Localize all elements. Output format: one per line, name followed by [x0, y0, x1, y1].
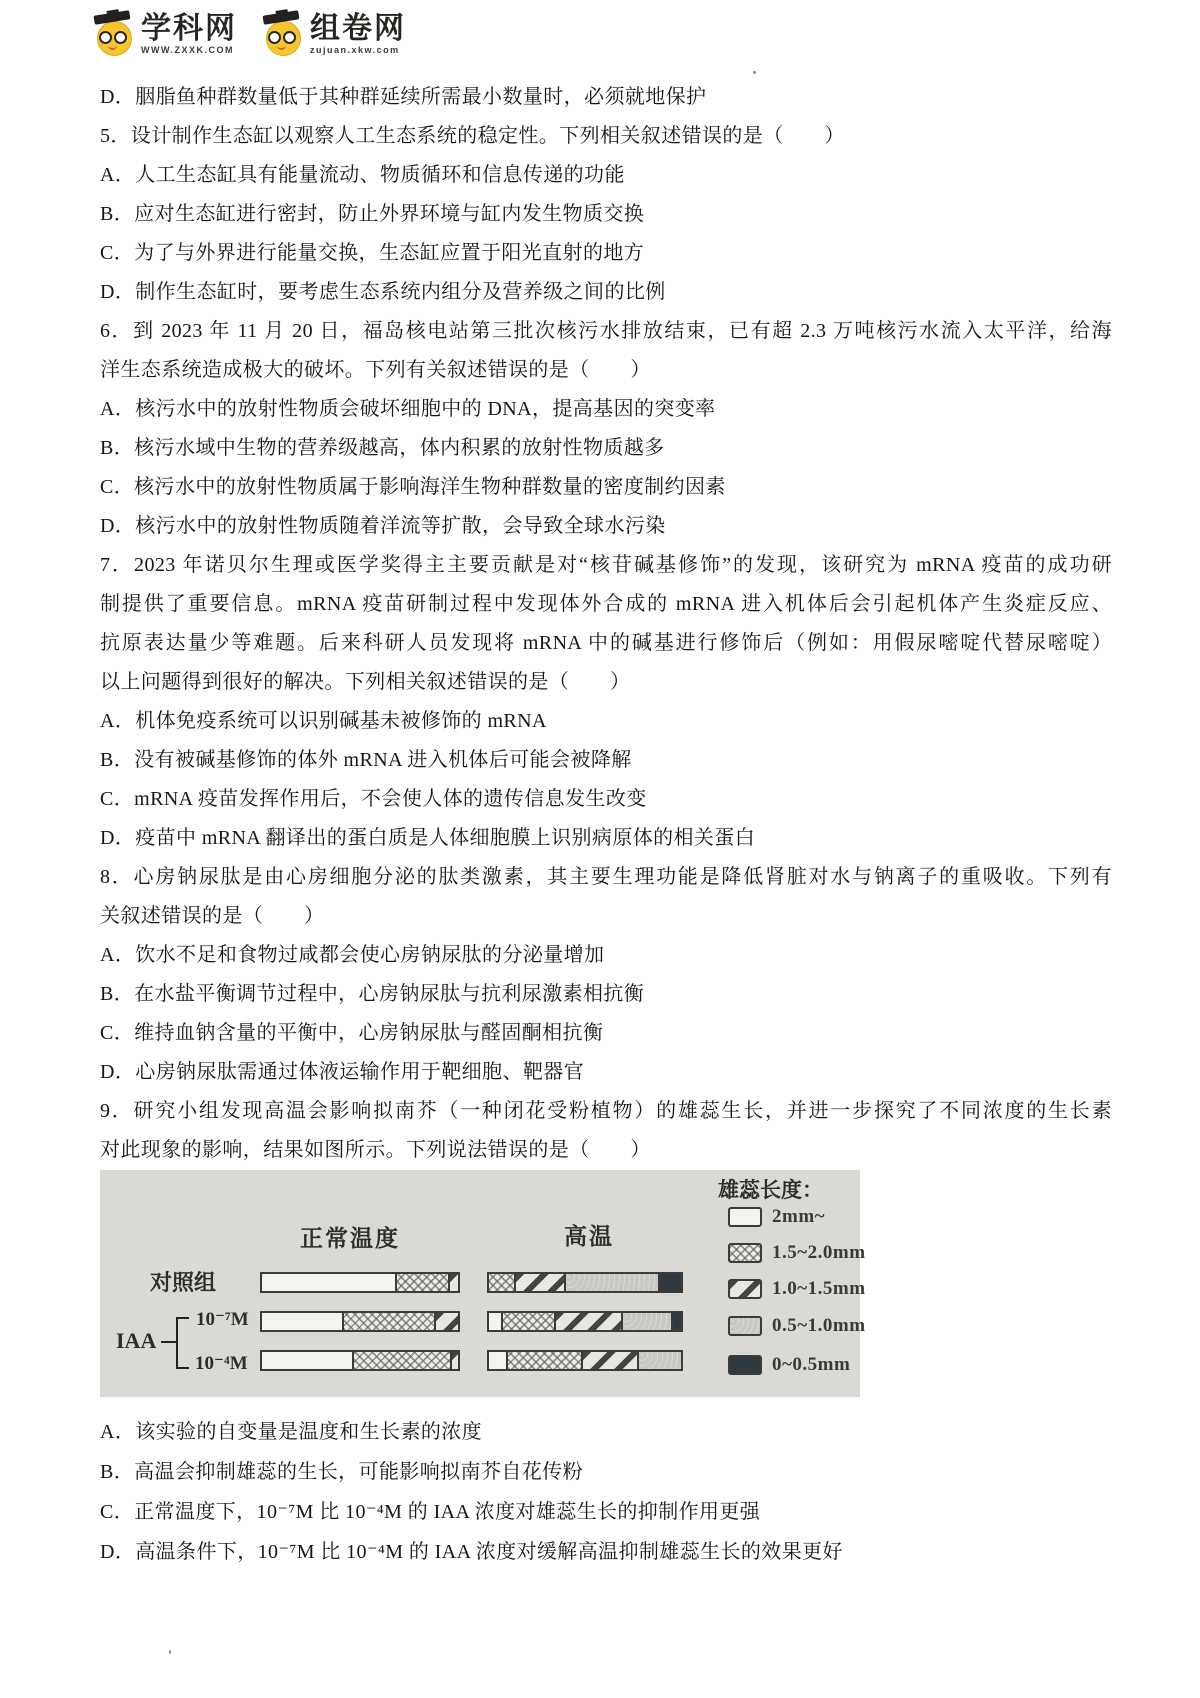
text-line: D．高温条件下，10⁻⁷M 比 10⁻⁴M 的 IAA 浓度对缓解高温抑制雄蕊生… — [100, 1532, 1112, 1572]
legend-swatch-icon — [728, 1207, 762, 1227]
bar-segment-1.0~1.5mm — [450, 1352, 458, 1369]
bar-segment-1.5~2.0mm — [395, 1274, 448, 1291]
stacked-bar-高温-IAA 10⁻⁷M — [487, 1311, 683, 1332]
text-line: 抗原表达量少等难题。后来科研人员发现将 mRNA 中的碱基进行修饰后（例如：用假… — [100, 624, 1112, 663]
figure-column-header-normal-temp: 正常温度 — [270, 1220, 430, 1253]
iaa-bracket-arm-bottom — [176, 1367, 189, 1369]
legend-label: 2mm~ — [772, 1206, 825, 1228]
bar-segment-1.0~1.5mm — [448, 1274, 458, 1291]
figure-row-label-iaa-1e-4: 10⁻⁴M — [195, 1352, 248, 1375]
bar-segment-1.5~2.0mm — [506, 1352, 581, 1369]
bar-segment-2mm~ — [262, 1313, 342, 1330]
bar-segment-1.0~1.5mm — [554, 1313, 621, 1330]
bar-segment-1.0~1.5mm — [434, 1313, 458, 1330]
bar-segment-1.0~1.5mm — [581, 1352, 637, 1369]
figure-row-label-iaa-1e-7: 10⁻⁷M — [196, 1308, 249, 1331]
legend-label: 0~0.5mm — [772, 1354, 850, 1376]
bar-segment-2mm~ — [489, 1313, 501, 1330]
legend-title: 雄蕊长度： — [718, 1174, 823, 1204]
stacked-bar-高温-IAA 10⁻⁴M — [487, 1350, 683, 1371]
stacked-bar-正常温度-对照组 — [260, 1272, 460, 1293]
text-line: C．维持血钠含量的平衡中，心房钠尿肽与醛固酮相抗衡 — [100, 1014, 1112, 1053]
bar-segment-2mm~ — [489, 1352, 506, 1369]
text-line: B．在水盐平衡调节过程中，心房钠尿肽与抗利尿激素相抗衡 — [100, 975, 1112, 1014]
text-line: B．应对生态缸进行密封，防止外界环境与缸内发生物质交换 — [100, 195, 1112, 234]
question-figure: 正常温度 高温 对照组 IAA 10⁻⁷M 10⁻⁴M 雄蕊长度： 2mm~1.… — [100, 1170, 860, 1397]
text-line: 9．研究小组发现高温会影响拟南芥（一种闭花受粉植物）的雄蕊生长，并进一步探究了不… — [100, 1092, 1112, 1131]
text-line: A．机体免疫系统可以识别碱基未被修饰的 mRNA — [100, 702, 1112, 741]
bar-segment-0~0.5mm — [671, 1313, 681, 1330]
figure-row-label-control: 对照组 — [150, 1266, 216, 1297]
text-line: A．核污水中的放射性物质会破坏细胞中的 DNA，提高基因的突变率 — [100, 390, 1112, 429]
text-line: 7．2023 年诺贝尔生理或医学奖得主主要贡献是对“核苷碱基修饰”的发现，该研究… — [100, 546, 1112, 585]
logo-zujuan-name: 组卷网 — [310, 14, 406, 44]
text-line: D．胭脂鱼种群数量低于其种群延续所需最小数量时，必须就地保护 — [100, 78, 1112, 117]
text-line: B．高温会抑制雄蕊的生长，可能影响拟南芥自花传粉 — [100, 1452, 1112, 1492]
legend-label: 0.5~1.0mm — [772, 1315, 866, 1337]
bar-segment-2mm~ — [262, 1274, 395, 1291]
text-line: 洋生态系统造成极大的破坏。下列有关叙述错误的是（ ） — [100, 351, 1112, 390]
legend-item: 0~0.5mm — [728, 1354, 850, 1376]
text-line: A．饮水不足和食物过咸都会使心房钠尿肽的分泌量增加 — [100, 936, 1112, 975]
scan-artifact-dot — [753, 71, 756, 74]
text-line: C．正常温度下，10⁻⁷M 比 10⁻⁴M 的 IAA 浓度对雄蕊生长的抑制作用… — [100, 1492, 1112, 1532]
text-line: C．核污水中的放射性物质属于影响海洋生物种群数量的密度制约因素 — [100, 468, 1112, 507]
text-line: D．核污水中的放射性物质随着洋流等扩散，会导致全球水污染 — [100, 507, 1112, 546]
text-line: B．核污水域中生物的营养级越高，体内积累的放射性物质越多 — [100, 429, 1112, 468]
header-logos: 学科网 WWW.ZXXK.COM 组卷网 zujuan.xkw.com — [94, 12, 406, 56]
bar-segment-1.5~2.0mm — [342, 1313, 434, 1330]
text-line: 制提供了重要信息。mRNA 疫苗研制过程中发现体外合成的 mRNA 进入机体后会… — [100, 585, 1112, 624]
bar-segment-1.5~2.0mm — [352, 1352, 450, 1369]
stacked-bar-高温-对照组 — [487, 1272, 683, 1293]
text-line: B．没有被碱基修饰的体外 mRNA 进入机体后可能会被降解 — [100, 741, 1112, 780]
iaa-bracket-arm-left — [161, 1341, 176, 1343]
legend-swatch-icon — [728, 1243, 762, 1263]
logo-zxxk-name: 学科网 — [141, 14, 237, 44]
bar-segment-1.0~1.5mm — [514, 1274, 564, 1291]
text-line: A．人工生态缸具有能量流动、物质循环和信息传递的功能 — [100, 156, 1112, 195]
bar-segment-0.5~1.0mm — [564, 1274, 658, 1291]
scan-artifact-dot — [169, 1650, 171, 1654]
text-line: D．疫苗中 mRNA 翻译出的蛋白质是人体细胞膜上识别病原体的相关蛋白 — [100, 819, 1112, 858]
exam-page: { "header": { "logo1": {"name": "学科网", "… — [0, 0, 1200, 1698]
logo-zujuan: 组卷网 zujuan.xkw.com — [263, 12, 406, 56]
text-line: 5．设计制作生态缸以观察人工生态系统的稳定性。下列相关叙述错误的是（ ） — [100, 117, 1112, 156]
owl-mascot-icon — [94, 12, 134, 56]
text-line: A．该实验的自变量是温度和生长素的浓度 — [100, 1412, 1112, 1452]
bar-segment-0.5~1.0mm — [621, 1313, 671, 1330]
text-line: D．制作生态缸时，要考虑生态系统内组分及营养级之间的比例 — [100, 273, 1112, 312]
legend-item: 1.5~2.0mm — [728, 1242, 866, 1264]
text-line: 6．到 2023 年 11 月 20 日，福岛核电站第三批次核污水排放结束，已有… — [100, 312, 1112, 351]
legend-swatch-icon — [728, 1279, 762, 1299]
logo-zxxk: 学科网 WWW.ZXXK.COM — [94, 12, 237, 56]
bar-segment-2mm~ — [262, 1352, 352, 1369]
legend-item: 2mm~ — [728, 1206, 825, 1228]
text-line: 对此现象的影响，结果如图所示。下列说法错误的是（ ） — [100, 1131, 1112, 1170]
legend-swatch-icon — [728, 1355, 762, 1375]
text-line: 8．心房钠尿肽是由心房细胞分泌的肽类激素，其主要生理功能是降低肾脏对水与钠离子的… — [100, 858, 1112, 897]
text-line: C．为了与外界进行能量交换，生态缸应置于阳光直射的地方 — [100, 234, 1112, 273]
bar-segment-1.5~2.0mm — [501, 1313, 555, 1330]
text-line: 关叙述错误的是（ ） — [100, 897, 1112, 936]
legend-label: 1.5~2.0mm — [772, 1242, 866, 1264]
figure-column-header-high-temp: 高温 — [529, 1218, 649, 1251]
legend-swatch-icon — [728, 1316, 762, 1336]
legend-item: 1.0~1.5mm — [728, 1278, 866, 1300]
question-options-block: A．该实验的自变量是温度和生长素的浓度B．高温会抑制雄蕊的生长，可能影响拟南芥自… — [100, 1412, 1112, 1572]
text-line: 以上问题得到很好的解决。下列相关叙述错误的是（ ） — [100, 663, 1112, 702]
legend-item: 0.5~1.0mm — [728, 1315, 866, 1337]
bar-segment-0~0.5mm — [658, 1274, 681, 1291]
text-line: D．心房钠尿肽需通过体液运输作用于靶细胞、靶器官 — [100, 1053, 1112, 1092]
question-text-block: D．胭脂鱼种群数量低于其种群延续所需最小数量时，必须就地保护5．设计制作生态缸以… — [100, 78, 1112, 1170]
bar-segment-1.5~2.0mm — [489, 1274, 514, 1291]
iaa-bracket-arm-top — [176, 1317, 189, 1319]
logo-zujuan-url: zujuan.xkw.com — [310, 46, 406, 55]
owl-mascot-icon — [263, 12, 303, 56]
text-line: C．mRNA 疫苗发挥作用后，不会使人体的遗传信息发生改变 — [100, 780, 1112, 819]
logo-zxxk-url: WWW.ZXXK.COM — [141, 46, 237, 55]
bar-segment-0.5~1.0mm — [637, 1352, 681, 1369]
figure-row-label-iaa: IAA — [116, 1328, 156, 1354]
iaa-bracket — [176, 1317, 178, 1369]
legend-label: 1.0~1.5mm — [772, 1278, 866, 1300]
stacked-bar-正常温度-IAA 10⁻⁷M — [260, 1311, 460, 1332]
stacked-bar-正常温度-IAA 10⁻⁴M — [260, 1350, 460, 1371]
